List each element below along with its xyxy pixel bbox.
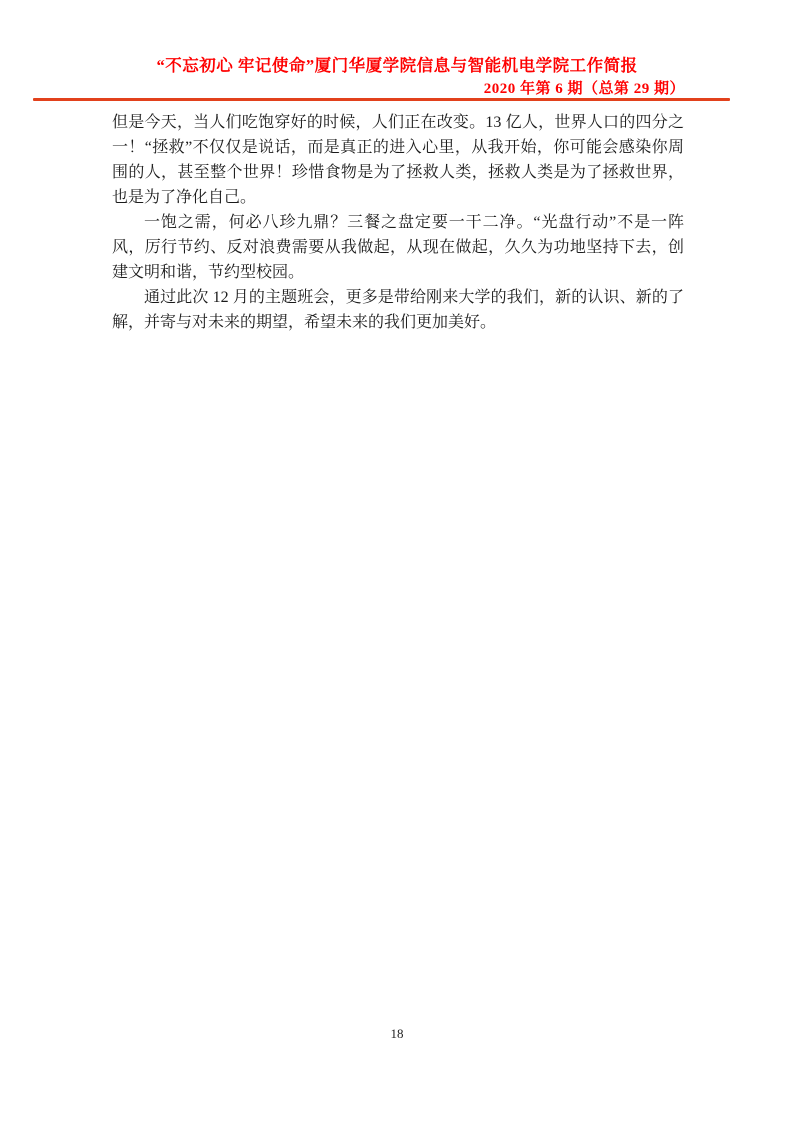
body-paragraph: 通过此次 12 月的主题班会，更多是带给刚来大学的我们，新的认识、新的了解，并寄… — [112, 285, 684, 335]
document-page: “不忘初心 牢记使命”厦门华厦学院信息与智能机电学院工作简报 2020 年第 6… — [0, 0, 794, 1123]
body-paragraph: 但是今天，当人们吃饱穿好的时候，人们正在改变。13 亿人，世界人口的四分之一！“… — [112, 110, 684, 210]
body-paragraph: 一饱之需，何必八珍九鼎？三餐之盘定要一干二净。“光盘行动”不是一阵风，厉行节约、… — [112, 210, 684, 285]
issue-number-line: 2020 年第 6 期（总第 29 期） — [484, 77, 685, 98]
document-body: 但是今天，当人们吃饱穿好的时候，人们正在改变。13 亿人，世界人口的四分之一！“… — [112, 110, 684, 335]
newsletter-title: “不忘初心 牢记使命”厦门华厦学院信息与智能机电学院工作简报 — [0, 52, 794, 76]
page-number: 18 — [0, 1026, 794, 1042]
header-rule-divider — [33, 98, 730, 101]
